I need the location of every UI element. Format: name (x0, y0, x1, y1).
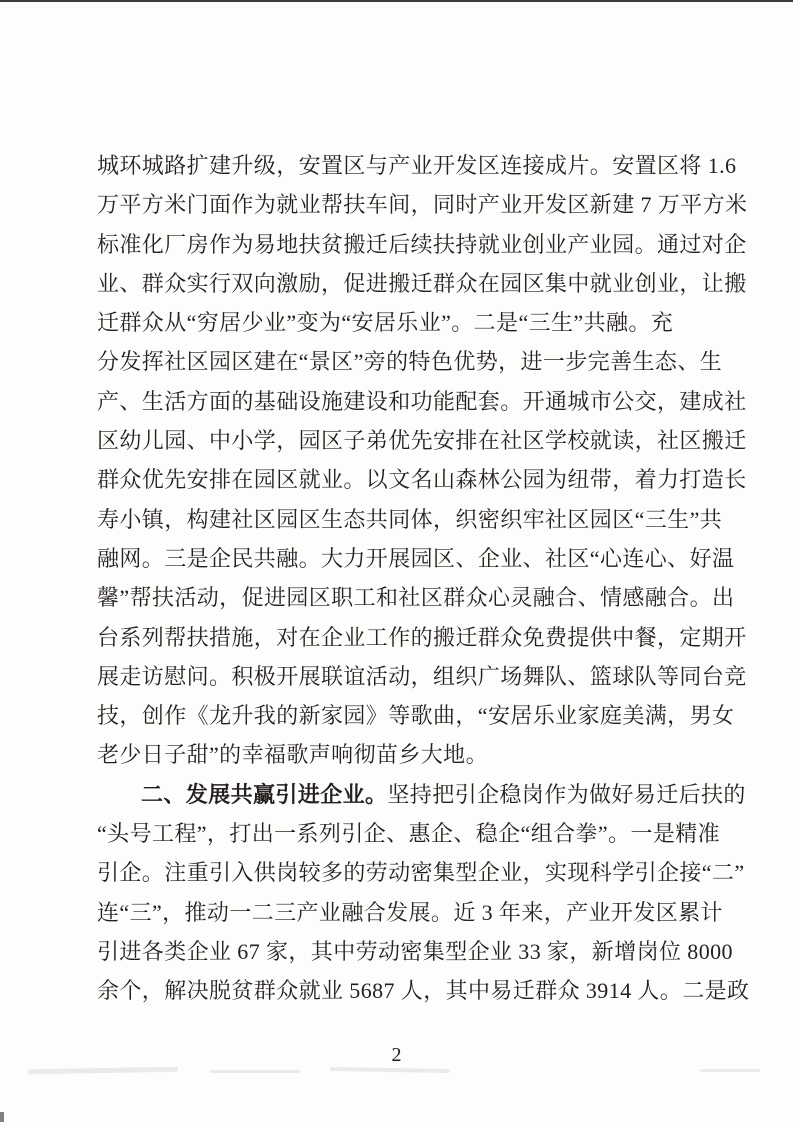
text-line: 二、发展共赢引进企业。坚持把引企稳岗作为做好易迁后扶的 (97, 775, 697, 814)
scan-edge-artifact (0, 1112, 4, 1122)
text-line: 寿小镇，构建社区园区生态共同体，织密织牢社区园区“三生”共 (97, 500, 697, 539)
paragraph-text: 业、群众实行双向激励，促进搬迁群众在园区集中就业创业，让搬 (97, 271, 747, 296)
paragraph-text: 分发挥社区园区建在“景区”旁的特色优势，进一步完善生态、生 (97, 349, 722, 374)
document-body: 城环城路扩建升级，安置区与产业开发区连接成片。安置区将 1.6万平方米门面作为就… (97, 146, 697, 1011)
text-line: 引企。注重引入供岗较多的劳动密集型企业，实现科学引企接“二” (97, 853, 697, 892)
paragraph-text: 标准化厂房作为易地扶贫搬迁后续扶持就业创业产业园。通过对企 (97, 232, 747, 257)
text-line: 馨”帮扶活动，促进园区职工和社区群众心灵融合、情感融合。出 (97, 578, 697, 617)
paragraph-text: 寿小镇，构建社区园区生态共同体，织密织牢社区园区“三生”共 (97, 507, 722, 532)
text-line: 万平方米门面作为就业帮扶车间，同时产业开发区新建 7 万平方米 (97, 185, 697, 224)
scan-smudge (700, 1069, 760, 1072)
text-line: 产、生活方面的基础设施建设和功能配套。开通城市公交，建成社 (97, 382, 697, 421)
text-line: “头号工程”，打出一系列引企、惠企、稳企“组合拳”。一是精准 (97, 814, 697, 853)
scan-smudge (330, 1067, 450, 1073)
paragraph-text: 融网。三是企民共融。大力开展园区、企业、社区“心连心、好温 (97, 546, 734, 571)
paragraph-text: 余个，解决脱贫群众就业 5687 人，其中易迁群众 3914 人。二是政 (97, 978, 749, 1003)
paragraph-text: 城环城路扩建升级，安置区与产业开发区连接成片。安置区将 1.6 (97, 153, 736, 178)
text-line: 连“三”，推动一二三产业融合发展。近 3 年来，产业开发区累计 (97, 893, 697, 932)
text-line: 技，创作《龙升我的新家园》等歌曲，“安居乐业家庭美满，男女 (97, 696, 697, 735)
paragraph-text: 坚持把引企稳岗作为做好易迁后扶的 (387, 782, 745, 807)
paragraph-text: 连“三”，推动一二三产业融合发展。近 3 年来，产业开发区累计 (97, 900, 723, 925)
paragraph-text: “头号工程”，打出一系列引企、惠企、稳企“组合拳”。一是精准 (97, 821, 720, 846)
text-line: 分发挥社区园区建在“景区”旁的特色优势，进一步完善生态、生 (97, 342, 697, 381)
text-line: 老少日子甜”的幸福歌声响彻苗乡大地。 (97, 735, 697, 774)
text-line: 业、群众实行双向激励，促进搬迁群众在园区集中就业创业，让搬 (97, 264, 697, 303)
scan-smudge (210, 1070, 300, 1073)
paragraph-text: 馨”帮扶活动，促进园区职工和社区群众心灵融合、情感融合。出 (97, 585, 734, 610)
paragraph-text: 老少日子甜”的幸福歌声响彻苗乡大地。 (97, 742, 488, 767)
text-line: 标准化厂房作为易地扶贫搬迁后续扶持就业创业产业园。通过对企 (97, 225, 697, 264)
scan-edge-artifact (0, 0, 793, 2)
paragraph-text: 群众优先安排在园区就业。以文名山森林公园为纽带，着力打造长 (97, 467, 747, 492)
paragraph-text: 万平方米门面作为就业帮扶车间，同时产业开发区新建 7 万平方米 (97, 192, 747, 217)
paragraph-heading-text: 二、发展共赢引进企业。 (141, 782, 387, 807)
text-line: 区幼儿园、中小学，园区子弟优先安排在社区学校就读，社区搬迁 (97, 421, 697, 460)
paragraph-text: 迁群众从“穷居少业”变为“安居乐业”。二是“三生”共融。充 (97, 310, 673, 335)
text-line: 引进各类企业 67 家，其中劳动密集型企业 33 家，新增岗位 8000 (97, 932, 697, 971)
text-line: 余个，解决脱贫群众就业 5687 人，其中易迁群众 3914 人。二是政 (97, 971, 697, 1010)
paragraph-text: 技，创作《龙升我的新家园》等歌曲，“安居乐业家庭美满，男女 (97, 703, 734, 728)
paragraph-text: 展走访慰问。积极开展联谊活动，组织广场舞队、篮球队等同台竞 (97, 664, 747, 689)
paragraph-text: 台系列帮扶措施，对在企业工作的搬迁群众免费提供中餐，定期开 (97, 625, 747, 650)
paragraph-text: 产、生活方面的基础设施建设和功能配套。开通城市公交，建成社 (97, 389, 747, 414)
text-line: 群众优先安排在园区就业。以文名山森林公园为纽带，着力打造长 (97, 460, 697, 499)
text-line: 迁群众从“穷居少业”变为“安居乐业”。二是“三生”共融。充 (97, 303, 697, 342)
page-number: 2 (0, 1044, 793, 1067)
text-line: 展走访慰问。积极开展联谊活动，组织广场舞队、篮球队等同台竞 (97, 657, 697, 696)
scan-smudge (28, 1067, 178, 1075)
paragraph-text: 引企。注重引入供岗较多的劳动密集型企业，实现科学引企接“二” (97, 860, 745, 885)
paragraph-text: 区幼儿园、中小学，园区子弟优先安排在社区学校就读，社区搬迁 (97, 428, 747, 453)
text-line: 融网。三是企民共融。大力开展园区、企业、社区“心连心、好温 (97, 539, 697, 578)
paragraph-text: 引进各类企业 67 家，其中劳动密集型企业 33 家，新增岗位 8000 (97, 939, 733, 964)
text-line: 台系列帮扶措施，对在企业工作的搬迁群众免费提供中餐，定期开 (97, 618, 697, 657)
text-line: 城环城路扩建升级，安置区与产业开发区连接成片。安置区将 1.6 (97, 146, 697, 185)
